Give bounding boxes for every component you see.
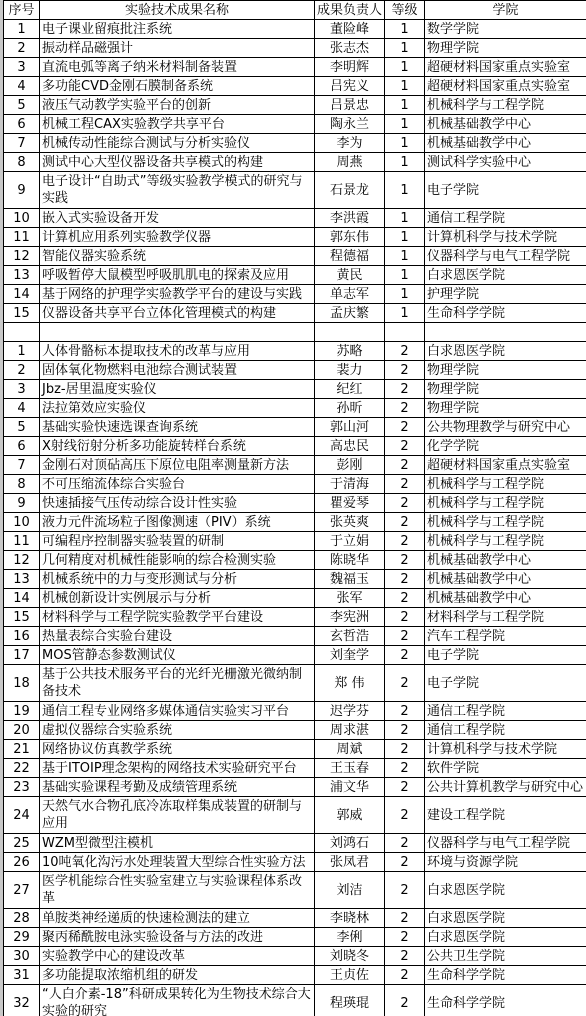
header-level[interactable]: 等级: [385, 1, 425, 20]
cell-owner[interactable]: 黄民: [315, 266, 385, 285]
cell-level[interactable]: 2: [385, 853, 425, 872]
table-row: 3Jbz-居里温度实验仪纪红2物理学院: [4, 380, 586, 399]
cell-achievement-name[interactable]: “人白介素-18”科研成果转化为生物技术综合大实验的研究: [40, 985, 315, 1016]
header-owner[interactable]: 成果负责人: [315, 1, 385, 20]
cell-achievement-name[interactable]: 基于网络的护理学实验教学平台的建设与实践: [40, 285, 315, 304]
cell-department[interactable]: 物理学院: [425, 399, 586, 418]
cell-owner[interactable]: 迟学芬: [315, 702, 385, 721]
cell-owner[interactable]: 郑 伟: [315, 665, 385, 702]
cell-level[interactable]: 2: [385, 834, 425, 853]
cell-level[interactable]: 2: [385, 872, 425, 909]
cell-serial-number[interactable]: 26: [4, 853, 40, 872]
cell-serial-number[interactable]: 11: [4, 532, 40, 551]
cell-achievement-name[interactable]: 几何精度对机械性能影响的综合检测实验: [40, 551, 315, 570]
table-row: 5基础实验快速选课查询系统郭山河2公共物理教学与研究中心: [4, 418, 586, 437]
cell-serial-number[interactable]: 25: [4, 834, 40, 853]
cell-achievement-name[interactable]: 机械传动性能综合测试与分析实验仪: [40, 134, 315, 153]
table-row: 23基础实验课程考勤及成绩管理系统浦文华2公共计算机教学与研究中心: [4, 778, 586, 797]
table-row: 21网络协议仿真教学系统周斌2计算机科学与技术学院: [4, 740, 586, 759]
cell-owner[interactable]: 李晓林: [315, 909, 385, 928]
cell-level[interactable]: 1: [385, 266, 425, 285]
table-row: 27医学机能综合性实验室建立与实验课程体系改革刘洁2白求恩医学院: [4, 872, 586, 909]
table-row: 9快速插接气压传动综合设计性实验瞿爱琴2机械科学与工程学院: [4, 494, 586, 513]
cell-serial-number[interactable]: 8: [4, 153, 40, 172]
cell-level[interactable]: 2: [385, 721, 425, 740]
table-row: 4多功能CVD金刚石膜制备系统吕宪义1超硬材料国家重点实验室: [4, 77, 586, 96]
cell-department[interactable]: 护理学院: [425, 285, 586, 304]
cell-department[interactable]: 机械科学与工程学院: [425, 494, 586, 513]
cell-achievement-name[interactable]: MOS管静态参数测试仪: [40, 646, 315, 665]
cell-serial-number[interactable]: 6: [4, 115, 40, 134]
cell-achievement-name[interactable]: 不可压缩流体综合实验台: [40, 475, 315, 494]
table-row: 17MOS管静态参数测试仪刘奎学2电子学院: [4, 646, 586, 665]
cell-serial-number[interactable]: 19: [4, 702, 40, 721]
cell-department[interactable]: 数学学院: [425, 20, 586, 39]
cell-department[interactable]: 机械基础教学中心: [425, 570, 586, 589]
table-row: 31多功能提取浓缩机组的研发王贞佐2生命科学学院: [4, 966, 586, 985]
table-row: 1人体骨骼标本提取技术的改革与应用苏略2白求恩医学院: [4, 342, 586, 361]
cell-level[interactable]: 1: [385, 39, 425, 58]
table-row: 8测试中心大型仪器设备共享模式的构建周燕1测试科学实验中心: [4, 153, 586, 172]
cell-department[interactable]: 物理学院: [425, 380, 586, 399]
table-row: 10嵌入式实验设备开发李洪霞1通信工程学院: [4, 209, 586, 228]
cell-serial-number[interactable]: 1: [4, 20, 40, 39]
cell-achievement-name[interactable]: 材料科学与工程学院实验教学平台建设: [40, 608, 315, 627]
cell-achievement-name[interactable]: 液压气动教学实验平台的创新: [40, 96, 315, 115]
cell-serial-number[interactable]: 3: [4, 58, 40, 77]
cell-achievement-name[interactable]: 机械系统中的力与变形测试与分析: [40, 570, 315, 589]
cell-level[interactable]: 1: [385, 228, 425, 247]
cell-serial-number[interactable]: 22: [4, 759, 40, 778]
cell-department[interactable]: 机械基础教学中心: [425, 115, 586, 134]
cell-department[interactable]: [425, 323, 586, 342]
cell-achievement-name[interactable]: 实验教学中心的建设改革: [40, 947, 315, 966]
cell-owner[interactable]: 苏略: [315, 342, 385, 361]
cell-owner[interactable]: 单志军: [315, 285, 385, 304]
cell-owner[interactable]: 纪红: [315, 380, 385, 399]
cell-level[interactable]: 2: [385, 608, 425, 627]
cell-achievement-name[interactable]: 人体骨骼标本提取技术的改革与应用: [40, 342, 315, 361]
cell-achievement-name[interactable]: 呼吸暂停大鼠模型呼吸肌肌电的探索及应用: [40, 266, 315, 285]
cell-level[interactable]: 2: [385, 342, 425, 361]
cell-achievement-name[interactable]: Jbz-居里温度实验仪: [40, 380, 315, 399]
cell-level[interactable]: 2: [385, 551, 425, 570]
cell-serial-number[interactable]: 24: [4, 797, 40, 834]
table-row: 1电子课业留痕批注系统董险峰1数学学院: [4, 20, 586, 39]
table-row: 14基于网络的护理学实验教学平台的建设与实践单志军1护理学院: [4, 285, 586, 304]
cell-owner[interactable]: 刘晓冬: [315, 947, 385, 966]
table-row: 20虚拟仪器综合实验系统周求湛2通信工程学院: [4, 721, 586, 740]
cell-serial-number[interactable]: 16: [4, 627, 40, 646]
cell-owner[interactable]: [315, 323, 385, 342]
cell-serial-number[interactable]: 17: [4, 646, 40, 665]
cell-serial-number[interactable]: 15: [4, 304, 40, 323]
cell-level[interactable]: 1: [385, 58, 425, 77]
cell-achievement-name[interactable]: 多功能CVD金刚石膜制备系统: [40, 77, 315, 96]
cell-owner[interactable]: 刘奎学: [315, 646, 385, 665]
table-row: 15仪器设备共享平台立体化管理模式的构建孟庆繁1生命科学学院: [4, 304, 586, 323]
cell-department[interactable]: 白求恩医学院: [425, 909, 586, 928]
header-row: 序号 实验技术成果名称 成果负责人 等级 学院: [4, 1, 586, 20]
cell-level[interactable]: 2: [385, 437, 425, 456]
table-row: 12智能仪器实验系统程德福1仪器科学与电气工程学院: [4, 247, 586, 266]
table-body: 1电子课业留痕批注系统董险峰1数学学院2振动样品磁强计张志杰1物理学院3直流电弧…: [4, 20, 586, 1016]
cell-level[interactable]: 2: [385, 570, 425, 589]
header-serial-number[interactable]: 序号: [4, 1, 40, 20]
cell-level[interactable]: 2: [385, 380, 425, 399]
cell-department[interactable]: 通信工程学院: [425, 702, 586, 721]
cell-achievement-name[interactable]: 基于ITOIP理念架构的网络技术实验研究平台: [40, 759, 315, 778]
cell-department[interactable]: 白求恩医学院: [425, 266, 586, 285]
cell-level[interactable]: 2: [385, 627, 425, 646]
cell-department[interactable]: 通信工程学院: [425, 721, 586, 740]
cell-achievement-name[interactable]: 天然气水合物孔底冷冻取样集成装置的研制与应用: [40, 797, 315, 834]
cell-owner[interactable]: 孟庆繁: [315, 304, 385, 323]
cell-level[interactable]: 1: [385, 247, 425, 266]
cell-level[interactable]: 1: [385, 77, 425, 96]
cell-department[interactable]: 机械基础教学中心: [425, 134, 586, 153]
cell-achievement-name[interactable]: 多功能提取浓缩机组的研发: [40, 966, 315, 985]
cell-level[interactable]: 1: [385, 172, 425, 209]
cell-department[interactable]: 超硬材料国家重点实验室: [425, 58, 586, 77]
cell-level[interactable]: 2: [385, 909, 425, 928]
cell-level[interactable]: 2: [385, 513, 425, 532]
cell-owner[interactable]: 程德福: [315, 247, 385, 266]
cell-department[interactable]: 机械科学与工程学院: [425, 475, 586, 494]
cell-department[interactable]: 机械科学与工程学院: [425, 532, 586, 551]
cell-owner[interactable]: 周求湛: [315, 721, 385, 740]
cell-achievement-name[interactable]: 基础实验课程考勤及成绩管理系统: [40, 778, 315, 797]
table-row: 7金刚石对顶砧高压下原位电阻率测量新方法彭刚2超硬材料国家重点实验室: [4, 456, 586, 475]
table-row: 2610吨氧化沟污水处理装置大型综合性实验方法张凤君2环境与资源学院: [4, 853, 586, 872]
table-row: 28单胺类神经递质的快速检测法的建立李晓林2白求恩医学院: [4, 909, 586, 928]
cell-level[interactable]: 1: [385, 304, 425, 323]
cell-owner[interactable]: 裴力: [315, 361, 385, 380]
cell-department[interactable]: 仪器科学与电气工程学院: [425, 247, 586, 266]
cell-owner[interactable]: 郭山河: [315, 418, 385, 437]
cell-serial-number[interactable]: 10: [4, 513, 40, 532]
cell-level[interactable]: 2: [385, 399, 425, 418]
cell-department[interactable]: 机械科学与工程学院: [425, 513, 586, 532]
cell-department[interactable]: 白求恩医学院: [425, 928, 586, 947]
cell-achievement-name[interactable]: 嵌入式实验设备开发: [40, 209, 315, 228]
cell-achievement-name[interactable]: 振动样品磁强计: [40, 39, 315, 58]
cell-achievement-name[interactable]: 金刚石对顶砧高压下原位电阻率测量新方法: [40, 456, 315, 475]
cell-achievement-name[interactable]: WZM型微型注模机: [40, 834, 315, 853]
cell-level[interactable]: 2: [385, 740, 425, 759]
cell-serial-number[interactable]: 14: [4, 589, 40, 608]
cell-serial-number[interactable]: 7: [4, 134, 40, 153]
cell-owner[interactable]: 王玉春: [315, 759, 385, 778]
cell-serial-number[interactable]: 6: [4, 437, 40, 456]
cell-level[interactable]: 1: [385, 285, 425, 304]
cell-achievement-name[interactable]: 快速插接气压传动综合设计性实验: [40, 494, 315, 513]
cell-level[interactable]: 2: [385, 456, 425, 475]
cell-serial-number[interactable]: 29: [4, 928, 40, 947]
cell-serial-number[interactable]: 5: [4, 96, 40, 115]
cell-achievement-name[interactable]: 网络协议仿真教学系统: [40, 740, 315, 759]
cell-achievement-name[interactable]: 医学机能综合性实验室建立与实验课程体系改革: [40, 872, 315, 909]
cell-serial-number[interactable]: 21: [4, 740, 40, 759]
cell-achievement-name[interactable]: 单胺类神经递质的快速检测法的建立: [40, 909, 315, 928]
cell-department[interactable]: 软件学院: [425, 759, 586, 778]
blank-separator-row: [4, 323, 586, 342]
cell-serial-number[interactable]: 20: [4, 721, 40, 740]
table-row: 30实验教学中心的建设改革刘晓冬2公共卫生学院: [4, 947, 586, 966]
cell-achievement-name[interactable]: 机械工程CAX实验教学共享平台: [40, 115, 315, 134]
table-row: 3直流电弧等离子纳米材料制备装置李明辉1超硬材料国家重点实验室: [4, 58, 586, 77]
cell-department[interactable]: 白求恩医学院: [425, 872, 586, 909]
cell-serial-number[interactable]: 32: [4, 985, 40, 1016]
table-row: 24天然气水合物孔底冷冻取样集成装置的研制与应用郭威2建设工程学院: [4, 797, 586, 834]
table-row: 16热量表综合实验台建设玄哲浩2汽车工程学院: [4, 627, 586, 646]
cell-owner[interactable]: 李为: [315, 134, 385, 153]
cell-owner[interactable]: 玄哲浩: [315, 627, 385, 646]
table-row: 9电子设计“自助式”等级实验教学模式的研究与实践石景龙1电子学院: [4, 172, 586, 209]
cell-serial-number[interactable]: 28: [4, 909, 40, 928]
cell-level[interactable]: 1: [385, 20, 425, 39]
cell-department[interactable]: 电子学院: [425, 646, 586, 665]
cell-serial-number[interactable]: 4: [4, 399, 40, 418]
cell-achievement-name[interactable]: X射线衍射分析多功能旋转样台系统: [40, 437, 315, 456]
cell-department[interactable]: 环境与资源学院: [425, 853, 586, 872]
cell-level[interactable]: 2: [385, 646, 425, 665]
cell-serial-number[interactable]: 2: [4, 39, 40, 58]
cell-owner[interactable]: 魏福玉: [315, 570, 385, 589]
cell-achievement-name[interactable]: 液力元件流场粒子图像测速（PIV）系统: [40, 513, 315, 532]
cell-achievement-name[interactable]: 智能仪器实验系统: [40, 247, 315, 266]
cell-department[interactable]: 电子学院: [425, 665, 586, 702]
cell-achievement-name[interactable]: [40, 323, 315, 342]
cell-achievement-name[interactable]: 电子课业留痕批注系统: [40, 20, 315, 39]
table-row: 6机械工程CAX实验教学共享平台陶永兰1机械基础教学中心: [4, 115, 586, 134]
cell-serial-number[interactable]: 8: [4, 475, 40, 494]
cell-serial-number[interactable]: 13: [4, 266, 40, 285]
cell-serial-number[interactable]: 12: [4, 551, 40, 570]
cell-serial-number[interactable]: 23: [4, 778, 40, 797]
cell-department[interactable]: 测试科学实验中心: [425, 153, 586, 172]
cell-level[interactable]: 2: [385, 589, 425, 608]
cell-serial-number[interactable]: 9: [4, 494, 40, 513]
table-row: 10液力元件流场粒子图像测速（PIV）系统张英爽2机械科学与工程学院: [4, 513, 586, 532]
cell-level[interactable]: 1: [385, 153, 425, 172]
cell-department[interactable]: 机械基础教学中心: [425, 551, 586, 570]
cell-serial-number[interactable]: 10: [4, 209, 40, 228]
cell-level[interactable]: 2: [385, 928, 425, 947]
cell-owner[interactable]: 刘洁: [315, 872, 385, 909]
cell-department[interactable]: 生命科学学院: [425, 966, 586, 985]
cell-level[interactable]: 1: [385, 115, 425, 134]
cell-owner[interactable]: 陶永兰: [315, 115, 385, 134]
cell-serial-number[interactable]: 7: [4, 456, 40, 475]
cell-owner[interactable]: 高忠民: [315, 437, 385, 456]
cell-serial-number[interactable]: 13: [4, 570, 40, 589]
achievements-table: 序号 实验技术成果名称 成果负责人 等级 学院 1电子课业留痕批注系统董险峰1数…: [3, 0, 586, 1016]
cell-achievement-name[interactable]: 机械创新设计实例展示与分析: [40, 589, 315, 608]
cell-owner[interactable]: 周燕: [315, 153, 385, 172]
cell-owner[interactable]: 张凤君: [315, 853, 385, 872]
table-row: 14机械创新设计实例展示与分析张军2机械基础教学中心: [4, 589, 586, 608]
cell-achievement-name[interactable]: 聚丙稀酰胺电泳实验设备与方法的改进: [40, 928, 315, 947]
cell-owner[interactable]: 于清海: [315, 475, 385, 494]
cell-owner[interactable]: 石景龙: [315, 172, 385, 209]
cell-department[interactable]: 生命科学学院: [425, 304, 586, 323]
cell-owner[interactable]: 于立娟: [315, 532, 385, 551]
cell-owner[interactable]: 陈晓华: [315, 551, 385, 570]
cell-owner[interactable]: 张英爽: [315, 513, 385, 532]
cell-department[interactable]: 电子学院: [425, 172, 586, 209]
cell-serial-number[interactable]: 30: [4, 947, 40, 966]
table-row: 22基于ITOIP理念架构的网络技术实验研究平台王玉春2软件学院: [4, 759, 586, 778]
cell-level[interactable]: 2: [385, 947, 425, 966]
table-row: 19通信工程专业网络多媒体通信实验实习平台迟学芬2通信工程学院: [4, 702, 586, 721]
cell-owner[interactable]: 刘鸿石: [315, 834, 385, 853]
cell-level[interactable]: 2: [385, 494, 425, 513]
table-row: 29聚丙稀酰胺电泳实验设备与方法的改进李俐2白求恩医学院: [4, 928, 586, 947]
cell-department[interactable]: 机械基础教学中心: [425, 589, 586, 608]
cell-department[interactable]: 计算机科学与技术学院: [425, 740, 586, 759]
table-row: 32“人白介素-18”科研成果转化为生物技术综合大实验的研究程瑛琨2生命科学学院: [4, 985, 586, 1016]
table-row: 2固体氧化物燃料电池综合测试装置裴力2物理学院: [4, 361, 586, 380]
cell-department[interactable]: 白求恩医学院: [425, 342, 586, 361]
cell-serial-number[interactable]: 3: [4, 380, 40, 399]
cell-serial-number[interactable]: 31: [4, 966, 40, 985]
cell-achievement-name[interactable]: 固体氧化物燃料电池综合测试装置: [40, 361, 315, 380]
cell-level[interactable]: 2: [385, 985, 425, 1016]
table-row: 8不可压缩流体综合实验台于清海2机械科学与工程学院: [4, 475, 586, 494]
cell-owner[interactable]: 孙昕: [315, 399, 385, 418]
cell-achievement-name[interactable]: 测试中心大型仪器设备共享模式的构建: [40, 153, 315, 172]
cell-serial-number[interactable]: 5: [4, 418, 40, 437]
cell-department[interactable]: 化学学院: [425, 437, 586, 456]
cell-serial-number[interactable]: 1: [4, 342, 40, 361]
cell-achievement-name[interactable]: 法拉第效应实验仪: [40, 399, 315, 418]
cell-level[interactable]: 1: [385, 134, 425, 153]
cell-achievement-name[interactable]: 通信工程专业网络多媒体通信实验实习平台: [40, 702, 315, 721]
cell-department[interactable]: 物理学院: [425, 361, 586, 380]
cell-serial-number[interactable]: 11: [4, 228, 40, 247]
table-row: 2振动样品磁强计张志杰1物理学院: [4, 39, 586, 58]
cell-owner[interactable]: 董险峰: [315, 20, 385, 39]
cell-achievement-name[interactable]: 热量表综合实验台建设: [40, 627, 315, 646]
cell-achievement-name[interactable]: 10吨氧化沟污水处理装置大型综合性实验方法: [40, 853, 315, 872]
cell-serial-number[interactable]: 12: [4, 247, 40, 266]
table-row: 7机械传动性能综合测试与分析实验仪李为1机械基础教学中心: [4, 134, 586, 153]
cell-level[interactable]: 2: [385, 475, 425, 494]
cell-level[interactable]: 2: [385, 778, 425, 797]
cell-department[interactable]: 材料科学与工程学院: [425, 608, 586, 627]
cell-department[interactable]: 公共计算机教学与研究中心: [425, 778, 586, 797]
cell-department[interactable]: 公共物理教学与研究中心: [425, 418, 586, 437]
cell-department[interactable]: 计算机科学与技术学院: [425, 228, 586, 247]
cell-department[interactable]: 超硬材料国家重点实验室: [425, 77, 586, 96]
cell-owner[interactable]: 周斌: [315, 740, 385, 759]
cell-achievement-name[interactable]: 仪器设备共享平台立体化管理模式的构建: [40, 304, 315, 323]
table-row: 13呼吸暂停大鼠模型呼吸肌肌电的探索及应用黄民1白求恩医学院: [4, 266, 586, 285]
cell-owner[interactable]: 李宪洲: [315, 608, 385, 627]
cell-owner[interactable]: 浦文华: [315, 778, 385, 797]
header-achievement-name[interactable]: 实验技术成果名称: [40, 1, 315, 20]
cell-owner[interactable]: 吕宪义: [315, 77, 385, 96]
table-row: 18基于公共技术服务平台的光纤光栅激光微纳制备技术郑 伟2电子学院: [4, 665, 586, 702]
cell-owner[interactable]: 彭刚: [315, 456, 385, 475]
cell-owner[interactable]: 李明辉: [315, 58, 385, 77]
cell-department[interactable]: 机械科学与工程学院: [425, 96, 586, 115]
cell-level[interactable]: 1: [385, 209, 425, 228]
cell-owner[interactable]: 吕景忠: [315, 96, 385, 115]
cell-level[interactable]: [385, 323, 425, 342]
cell-achievement-name[interactable]: 虚拟仪器综合实验系统: [40, 721, 315, 740]
cell-achievement-name[interactable]: 电子设计“自助式”等级实验教学模式的研究与实践: [40, 172, 315, 209]
table-row: 6X射线衍射分析多功能旋转样台系统高忠民2化学学院: [4, 437, 586, 456]
cell-level[interactable]: 2: [385, 665, 425, 702]
cell-achievement-name[interactable]: 计算机应用系列实验教学仪器: [40, 228, 315, 247]
cell-achievement-name[interactable]: 基于公共技术服务平台的光纤光栅激光微纳制备技术: [40, 665, 315, 702]
cell-level[interactable]: 2: [385, 361, 425, 380]
cell-department[interactable]: 建设工程学院: [425, 797, 586, 834]
table-row: 25WZM型微型注模机刘鸿石2仪器科学与电气工程学院: [4, 834, 586, 853]
cell-level[interactable]: 2: [385, 797, 425, 834]
cell-level[interactable]: 2: [385, 532, 425, 551]
table-row: 11计算机应用系列实验教学仪器郭东伟1计算机科学与技术学院: [4, 228, 586, 247]
cell-serial-number[interactable]: 27: [4, 872, 40, 909]
cell-owner[interactable]: 王贞佐: [315, 966, 385, 985]
cell-level[interactable]: 2: [385, 966, 425, 985]
cell-serial-number[interactable]: 15: [4, 608, 40, 627]
cell-level[interactable]: 2: [385, 418, 425, 437]
cell-level[interactable]: 1: [385, 96, 425, 115]
cell-serial-number[interactable]: 9: [4, 172, 40, 209]
cell-owner[interactable]: 张志杰: [315, 39, 385, 58]
cell-achievement-name[interactable]: 可编程序控制器实验装置的研制: [40, 532, 315, 551]
table-row: 11可编程序控制器实验装置的研制于立娟2机械科学与工程学院: [4, 532, 586, 551]
cell-serial-number[interactable]: [4, 323, 40, 342]
table-row: 12几何精度对机械性能影响的综合检测实验陈晓华2机械基础教学中心: [4, 551, 586, 570]
cell-owner[interactable]: 郭东伟: [315, 228, 385, 247]
cell-department[interactable]: 公共卫生学院: [425, 947, 586, 966]
table-row: 5液压气动教学实验平台的创新吕景忠1机械科学与工程学院: [4, 96, 586, 115]
cell-owner[interactable]: 李洪霞: [315, 209, 385, 228]
cell-serial-number[interactable]: 2: [4, 361, 40, 380]
cell-owner[interactable]: 张军: [315, 589, 385, 608]
cell-serial-number[interactable]: 14: [4, 285, 40, 304]
cell-department[interactable]: 通信工程学院: [425, 209, 586, 228]
table-row: 15材料科学与工程学院实验教学平台建设李宪洲2材料科学与工程学院: [4, 608, 586, 627]
cell-level[interactable]: 2: [385, 759, 425, 778]
cell-level[interactable]: 2: [385, 702, 425, 721]
spreadsheet: 序号 实验技术成果名称 成果负责人 等级 学院 1电子课业留痕批注系统董险峰1数…: [0, 0, 586, 1016]
cell-department[interactable]: 生命科学学院: [425, 985, 586, 1016]
cell-department[interactable]: 汽车工程学院: [425, 627, 586, 646]
header-department[interactable]: 学院: [425, 1, 586, 20]
cell-owner[interactable]: 程瑛琨: [315, 985, 385, 1016]
cell-owner[interactable]: 郭威: [315, 797, 385, 834]
cell-department[interactable]: 超硬材料国家重点实验室: [425, 456, 586, 475]
cell-owner[interactable]: 瞿爱琴: [315, 494, 385, 513]
cell-achievement-name[interactable]: 基础实验快速选课查询系统: [40, 418, 315, 437]
cell-achievement-name[interactable]: 直流电弧等离子纳米材料制备装置: [40, 58, 315, 77]
cell-serial-number[interactable]: 4: [4, 77, 40, 96]
table-row: 13机械系统中的力与变形测试与分析魏福玉2机械基础教学中心: [4, 570, 586, 589]
cell-department[interactable]: 仪器科学与电气工程学院: [425, 834, 586, 853]
cell-serial-number[interactable]: 18: [4, 665, 40, 702]
cell-owner[interactable]: 李俐: [315, 928, 385, 947]
cell-department[interactable]: 物理学院: [425, 39, 586, 58]
table-row: 4法拉第效应实验仪孙昕2物理学院: [4, 399, 586, 418]
